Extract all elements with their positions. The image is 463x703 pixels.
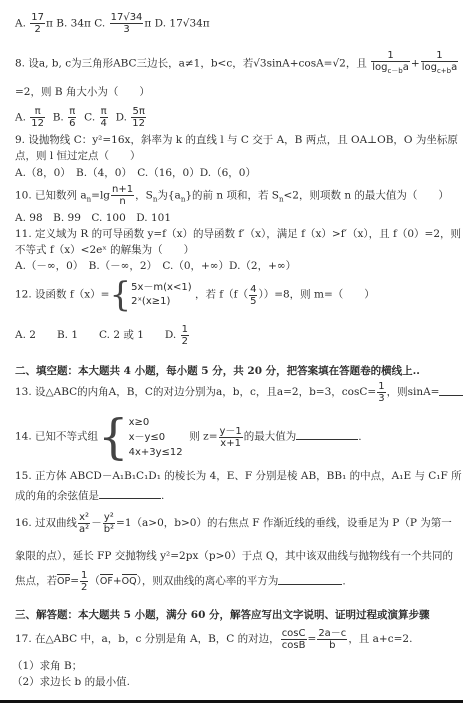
fraction: 1logc－ba <box>371 50 410 77</box>
vector-op: OP <box>57 574 70 587</box>
left-brace: { <box>109 280 131 310</box>
question-17-part1: （1）求角 B； <box>12 660 82 673</box>
answer-blank <box>278 574 342 585</box>
question-10-options: A. 98 B. 99 C. 100 D. 101 <box>15 212 171 225</box>
question-15-line1: 15. 正方体 ABCD－A₁B₁C₁D₁ 的棱长为 4，E、F 分别是棱 AB… <box>15 470 462 483</box>
vector-of: OF <box>100 574 113 587</box>
question-13: 13. 设△ABC的内角A，B，C的对边分别为a，b，c，且a=2，b=3，co… <box>15 381 463 404</box>
question-9-options: A.（8，0） B.（4，0） C.（16，0）D.（6，0） <box>15 167 256 180</box>
question-10: 10. 已知数列 an=lgn+1n，Sn为{an}的前 n 项和，若 Sn<2… <box>15 184 449 207</box>
answer-blank <box>439 385 463 396</box>
vector-oq: OQ <box>122 574 137 587</box>
q7-options: A. 172π B. 34π C. 17√343π D. 17√34π <box>15 12 210 35</box>
question-17-part2: （2）求边长 b 的最小值. <box>12 676 130 689</box>
fraction: 172 <box>30 12 45 35</box>
answer-blank <box>99 488 161 499</box>
question-16: 16. 过双曲线x²a²－y²b²=1（a>0，b>0）的右焦点 F 作渐近线的… <box>15 512 452 535</box>
question-8-options: A. π12 B. π6 C. π4 D. 5π12 <box>15 106 147 129</box>
question-11-options: A.（－∞，0） B.（－∞，2） C.（0，+∞）D.（2，+∞） <box>15 260 296 273</box>
question-12-options: A. 2 B. 1 C. 2 或 1 D. 12 <box>15 324 190 347</box>
question-11-line2: 不等式 f（x）<2eˣ 的解集为（ ） <box>15 244 194 257</box>
section-2-heading: 二、填空题：本大题共 4 小题，每小题 5 分，共 20 分，把答案填在答题卷的… <box>15 365 420 378</box>
question-14: 14. 已知不等式组{x≥0x－y≤04x+3y≤12 则 z=y－1x+1的最… <box>15 414 362 460</box>
question-16-line3: 焦点，若OP=12（OF+OQ），则双曲线的离心率的平方为. <box>15 570 346 593</box>
question-15-line2: 成的角的余弦值是. <box>15 488 164 503</box>
question-12: 12. 设函数 f（x）={5x－m(x<1)2ˣ(x≥1) ，若 f（f（45… <box>15 280 375 310</box>
left-brace: { <box>98 414 129 460</box>
section-3-heading: 三、解答题：本大题共 5 小题，满分 60 分，解答应写出文字说明、证明过程或演… <box>15 609 430 622</box>
question-9-line1: 9. 设抛物线 C：y²=16x，斜率为 k 的直线 l 与 C 交于 A，B … <box>15 134 458 147</box>
question-11-line1: 11. 定义域为 R 的可导函数 y=f（x）的导函数 f′（x），满足 f（x… <box>15 228 461 241</box>
answer-blank <box>296 429 358 440</box>
question-8: 8. 设a, b, c为三角形ABC三边长，a≠1，b<c，若√3sinA+co… <box>15 50 459 77</box>
fraction: 17√343 <box>110 12 144 35</box>
question-17: 17. 在△ABC 中，a，b，c 分别是角 A，B，C 的对边，cosCcos… <box>15 628 412 651</box>
question-16-line2: 象限的点），延长 FP 交抛物线 y²=2px（p>0）于点 Q，其中该双曲线与… <box>15 550 453 563</box>
fraction: 1logc+ba <box>421 50 459 77</box>
question-8-cont: =2，则 B 角大小为（ ） <box>15 86 150 99</box>
question-9-line2: 点，则 l 恒过定点（ ） <box>15 150 141 163</box>
